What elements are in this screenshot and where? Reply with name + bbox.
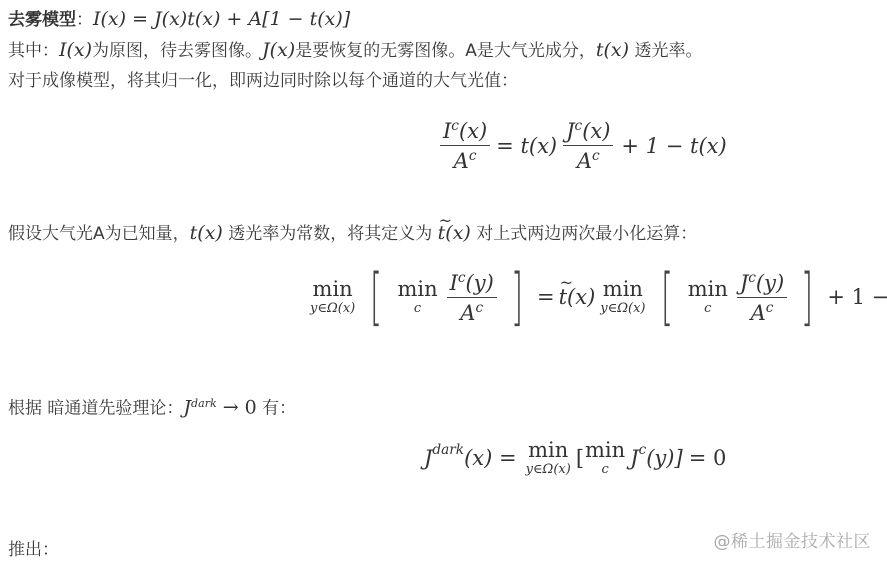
math: y∈Ω(x) (600, 302, 645, 315)
math: min (688, 279, 728, 300)
math: min (603, 279, 643, 300)
math: c (592, 148, 600, 164)
text: 对上式两边两次最小化运算： (471, 224, 697, 244)
text: 根据 暗通道先验理论： (8, 399, 183, 419)
min-operator: minc (585, 440, 625, 476)
fraction: Ic(x) Ac (440, 118, 490, 173)
dehaze-model-title: 去雾模型 (8, 10, 76, 30)
math: (x) = (464, 446, 517, 470)
math: A (577, 149, 592, 173)
math-inline: t(x) (596, 39, 629, 61)
math: = t(x) (496, 134, 557, 158)
math: J (566, 119, 574, 143)
math-inline: t(x) (190, 222, 223, 244)
math: I (450, 271, 458, 295)
text: 透光率为常数，将其定义为 (223, 224, 438, 244)
right-bracket: ] (801, 266, 813, 328)
text: 有： (257, 399, 296, 419)
math: J (630, 446, 638, 470)
math: [ (576, 446, 584, 470)
min-operator: miny∈Ω(x) (526, 440, 571, 476)
math: (y) (466, 271, 494, 295)
math-inline: dark (191, 397, 217, 410)
fraction: Jc(x) Ac (563, 118, 613, 173)
math: A (751, 301, 766, 325)
math: y∈Ω(x) (310, 302, 355, 315)
watermark: @稀土掘金技术社区 (714, 527, 872, 552)
text: 为原图，待去雾图像。 (92, 41, 262, 61)
min-operator: minc (397, 279, 437, 315)
text: 假设大气光A为已知量， (8, 224, 190, 244)
definition-line: 其中：I(x)为原图，待去雾图像。J(x)是要恢复的无雾图像。A是大气光成分，t… (8, 38, 702, 63)
math: (x) (582, 119, 610, 143)
equation-double-min: miny∈Ω(x) [ minc Ic(y) Ac ] = t(x) miny∈… (305, 266, 887, 328)
min-operator: minc (688, 279, 728, 315)
math: min (397, 279, 437, 300)
math: min (313, 279, 353, 300)
conclusion-line: 推出： (8, 538, 59, 562)
math: + 1 − (827, 285, 887, 309)
assumption-line: 假设大气光A为已知量，t(x) 透光率为常数，将其定义为 t(x) 对上式两边两… (8, 221, 697, 246)
math: (y)] (646, 446, 682, 470)
math: c (469, 148, 477, 164)
dehaze-formula: I(x) = J(x)t(x) + A[1 − t(x)] (93, 8, 350, 30)
fraction: Jc(y) Ac (737, 270, 787, 325)
math: = (537, 285, 555, 309)
math: min (528, 440, 568, 461)
math: (y) (756, 271, 784, 295)
normalize-line: 对于成像模型，将其归一化，即两边同时除以每个通道的大气光值： (8, 69, 518, 93)
equation-dark-channel: Jdark (x) = miny∈Ω(x) [ minc Jc (y)] = 0 (424, 440, 726, 476)
text: 是要恢复的无雾图像。A是大气光成分， (295, 41, 596, 61)
math: c (704, 302, 711, 315)
math: t(x) (559, 285, 596, 309)
min-operator: miny∈Ω(x) (600, 279, 645, 315)
math: c (601, 463, 608, 476)
math: c (639, 442, 647, 458)
left-bracket: [ (370, 266, 382, 328)
dark-channel-line: 根据 暗通道先验理论：Jdark → 0 有： (8, 392, 296, 421)
math-inline: → 0 (217, 397, 257, 419)
left-bracket: [ (661, 266, 673, 328)
math: min (585, 440, 625, 461)
math: = 0 (689, 446, 727, 470)
math: A (460, 301, 475, 325)
right-bracket: ] (511, 266, 523, 328)
math: c (414, 302, 421, 315)
math: c (451, 118, 459, 134)
math: c (458, 270, 466, 286)
math: c (748, 270, 756, 286)
math-inline: J (183, 397, 191, 419)
math-inline: I(x) (59, 39, 92, 61)
math: A (454, 149, 469, 173)
math: dark (432, 442, 464, 458)
math-inline: J(x) (262, 39, 295, 61)
math: J (424, 446, 432, 470)
text: 透光率。 (629, 41, 702, 61)
math-inline-tilde: t(x) (438, 221, 471, 245)
math: c (475, 300, 483, 316)
math: + 1 − t(x) (621, 134, 726, 158)
fraction: Ic(y) Ac (447, 270, 497, 325)
math: c (766, 300, 774, 316)
equation-normalized: Ic(x) Ac = t(x) Jc(x) Ac + 1 − t(x) (436, 118, 727, 173)
math: y∈Ω(x) (526, 463, 571, 476)
text: 其中： (8, 41, 59, 61)
min-operator: miny∈Ω(x) (310, 279, 355, 315)
colon: ： (76, 10, 93, 30)
dehaze-model-line: 去雾模型：I(x) = J(x)t(x) + A[1 − t(x)] (8, 7, 350, 32)
math: (x) (459, 119, 487, 143)
